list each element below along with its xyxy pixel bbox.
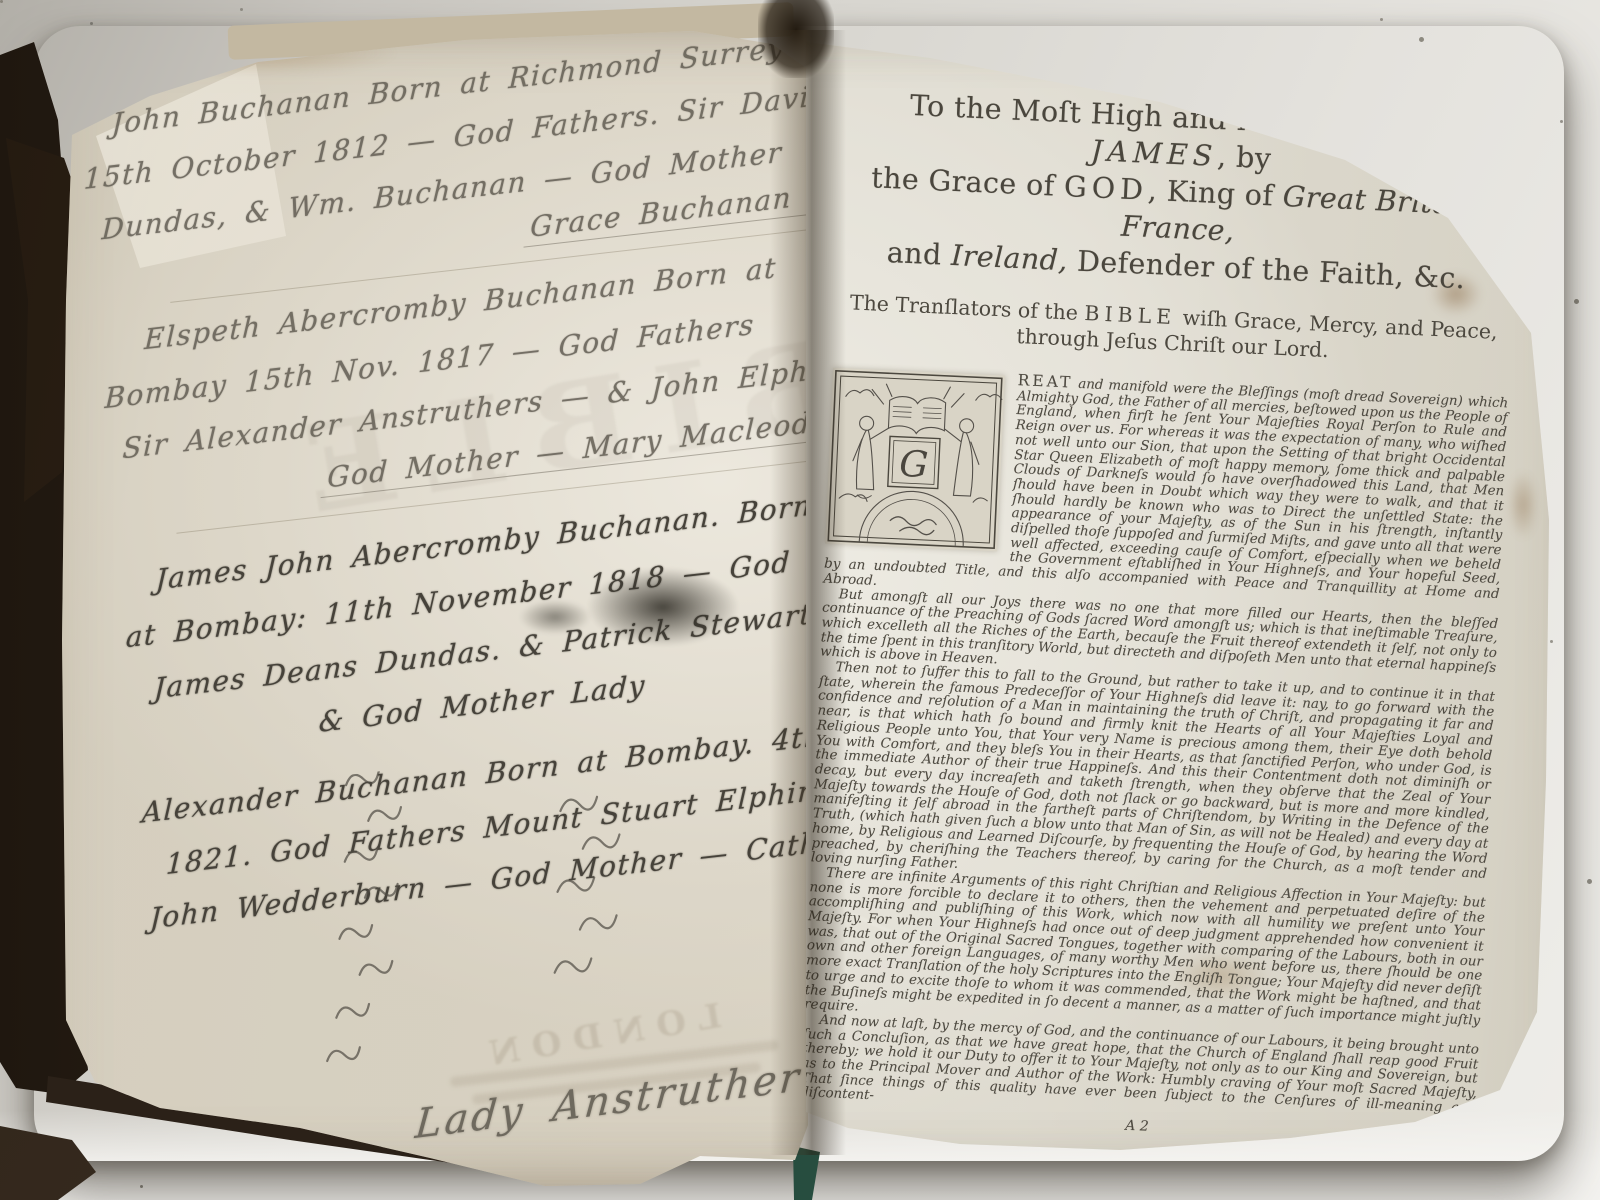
fox-stain bbox=[1508, 470, 1538, 540]
epistle-body: G REAT and manifold were the Bleſſings (… bbox=[799, 365, 1509, 1150]
surface-specks bbox=[0, 0, 3, 3]
ink-smudge bbox=[588, 568, 738, 646]
signature-mark: A 2 bbox=[1125, 1118, 1149, 1135]
ink-smudge bbox=[520, 600, 590, 634]
initial-letter-G: G bbox=[898, 444, 929, 486]
paragraph: Then not to ſuffer this to fall to the G… bbox=[810, 660, 1495, 896]
translators-salutation: The Tranſlators of the BIBLE wiſh Grace,… bbox=[834, 289, 1512, 372]
gutter-shadow bbox=[770, 30, 846, 1155]
woodcut-initial-G: G bbox=[825, 368, 1005, 552]
printed-text-block: To the Moſt High and Mighty Prince, JAME… bbox=[799, 84, 1521, 1149]
photo-open-antique-bible: BIBLE John Buchanan Born at Richmond Sur… bbox=[0, 0, 1600, 1200]
